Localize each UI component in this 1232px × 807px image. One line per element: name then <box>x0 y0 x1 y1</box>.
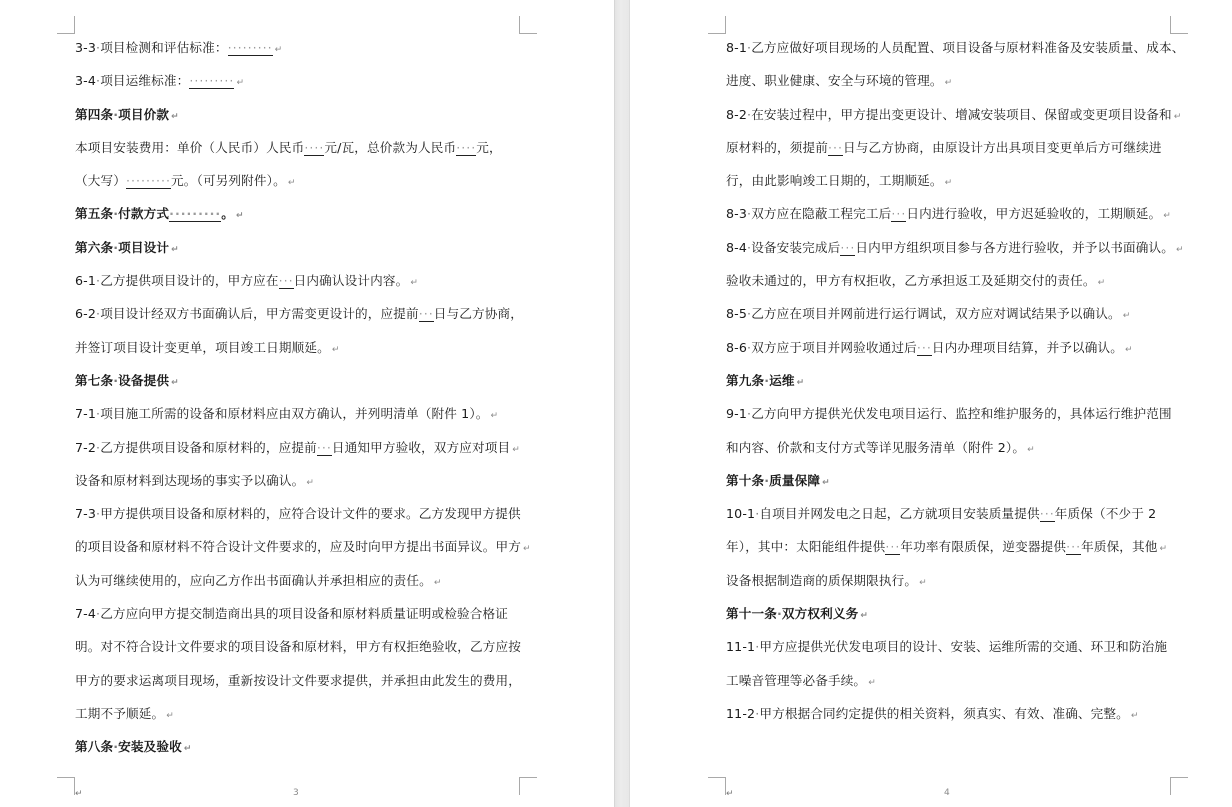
page-corner-mark-top-right <box>519 16 537 34</box>
text-segment: 双方应在隐蔽工程完工后 <box>751 206 891 221</box>
page-separator <box>614 0 630 807</box>
text-segment: 设备和原材料到达现场的事实予以确认。 <box>75 473 304 488</box>
blank-field[interactable]: ··· <box>828 141 843 156</box>
text-segment: 甲方根据合同约定提供的相关资料，须真实、有效、准确、完整。 <box>759 706 1129 721</box>
clause-number: 6-2 <box>75 306 96 321</box>
blank-field[interactable]: ··· <box>885 540 900 555</box>
paragraph-mark-icon: ↵ <box>491 411 499 421</box>
paragraph-mark-icon: ↵ <box>523 544 531 554</box>
text-segment: 付款方式 <box>118 206 169 221</box>
clause-line: 8-1·乙方应做好项目现场的人员配置、项目设备与原材料准备及安装质量、成本、 <box>726 37 1186 70</box>
page-corner-mark-bottom-left <box>708 777 726 795</box>
section-number: 第五条 <box>75 206 113 221</box>
text-segment: 元， <box>476 140 502 155</box>
blank-field[interactable]: ········· <box>126 174 171 189</box>
text-line: 设备根据制造商的质保期限执行。↵ <box>726 570 1186 603</box>
clause-line: 3-4·项目运维标准：·········↵ <box>75 70 525 103</box>
text-segment: 甲方应提供光伏发电项目的设计、安装、运维所需的交通、环卫和防治施 <box>759 639 1167 654</box>
paragraph-mark-icon: ↵ <box>275 45 283 55</box>
clause-number: 8-2 <box>726 107 747 122</box>
text-segment: 双方权利义务 <box>782 606 858 621</box>
section-heading: 第九条·运维↵ <box>726 370 1186 403</box>
text-segment: 元/瓦，总价款为人民币 <box>324 140 456 155</box>
text-segment: 项目设计经双方书面确认后，甲方需变更设计的，应提前 <box>100 306 419 321</box>
section-heading: 第五条·付款方式·········。↵ <box>75 203 525 236</box>
text-segment: 双方应于项目并网验收通过后 <box>751 340 917 355</box>
clause-line: 7-3·甲方提供项目设备和原材料的，应符合设计文件的要求。乙方发现甲方提供 <box>75 503 525 536</box>
paragraph-mark-icon: ↵ <box>166 711 174 721</box>
blank-field[interactable]: ··· <box>317 441 332 456</box>
text-segment: 和内容、价款和支付方式等详见服务清单（附件 2）。 <box>726 440 1025 455</box>
text-segment: 项目施工所需的设备和原材料应由双方确认，并列明清单（附件 1）。 <box>100 406 488 421</box>
text-segment: 项目设计 <box>118 240 169 255</box>
text-segment: 甲方的要求运离项目现场，重新按设计文件要求提供，并承担由此发生的费用， <box>75 673 521 688</box>
text-segment: 设备提供 <box>118 373 169 388</box>
section-number: 第十条 <box>726 473 764 488</box>
clause-number: 8-3 <box>726 206 747 221</box>
section-number: 第十一条 <box>726 606 777 621</box>
document-page-4: 8-1·乙方应做好项目现场的人员配置、项目设备与原材料准备及安装质量、成本、进度… <box>630 0 1232 807</box>
paragraph-mark-icon: ↵ <box>1160 544 1168 554</box>
text-line: 年），其中：太阳能组件提供···年功率有限质保，逆变器提供···年质保，其他↵ <box>726 536 1186 569</box>
blank-field[interactable]: ··· <box>419 307 434 322</box>
text-segment: 项目检测和评估标准： <box>100 40 227 55</box>
page-body[interactable]: 8-1·乙方应做好项目现场的人员配置、项目设备与原材料准备及安装质量、成本、进度… <box>726 37 1186 736</box>
text-line: 工噪音管理等必备手续。↵ <box>726 670 1186 703</box>
clause-number: 3-4 <box>75 73 96 88</box>
clause-number: 7-4 <box>75 606 96 621</box>
text-segment: 自项目并网发电之日起，乙方就项目安装质量提供 <box>759 506 1039 521</box>
text-segment: 验收未通过的，甲方有权拒收，乙方承担返工及延期交付的责任。 <box>726 273 1096 288</box>
text-segment: 设备安装完成后 <box>751 240 840 255</box>
section-number: 第四条 <box>75 107 113 122</box>
paragraph-mark-icon: ↵ <box>1027 445 1035 455</box>
text-segment: 质量保障 <box>769 473 820 488</box>
text-line: 验收未通过的，甲方有权拒收，乙方承担返工及延期交付的责任。↵ <box>726 270 1186 303</box>
clause-line: 8-2·在安装过程中，甲方提出变更设计、增减安装项目、保留或变更项目设备和↵ <box>726 104 1186 137</box>
clause-number: 7-2 <box>75 440 96 455</box>
text-segment: 日内甲方组织项目参与各方进行验收，并予以书面确认。 <box>855 240 1174 255</box>
text-segment: 日与乙方协商，由原设计方出具项目变更单后方可继续进 <box>843 140 1162 155</box>
text-segment: 项目运维标准： <box>100 73 189 88</box>
text-segment: 年质保，其他 <box>1081 539 1157 554</box>
text-segment: 设备根据制造商的质保期限执行。 <box>726 573 917 588</box>
paragraph-mark-icon: ↵ <box>512 445 520 455</box>
clause-line: 11-2·甲方根据合同约定提供的相关资料，须真实、有效、准确、完整。↵ <box>726 703 1186 736</box>
clause-number: 7-3 <box>75 506 96 521</box>
paragraph-mark-icon: ↵ <box>332 345 340 355</box>
clause-line: 11-1·甲方应提供光伏发电项目的设计、安装、运维所需的交通、环卫和防治施 <box>726 636 1186 669</box>
page-corner-mark-bottom-left <box>57 777 75 795</box>
clause-line: 9-1·乙方向甲方提供光伏发电项目运行、监控和维护服务的，具体运行维护范围 <box>726 403 1186 436</box>
text-line: 设备和原材料到达现场的事实予以确认。↵ <box>75 470 525 503</box>
paragraph-mark-icon: ↵ <box>1174 112 1182 122</box>
text-segment: 并签订项目设计变更单，项目竣工日期顺延。 <box>75 340 330 355</box>
text-line: 并签订项目设计变更单，项目竣工日期顺延。↵ <box>75 337 525 370</box>
clause-number: 8-4 <box>726 240 747 255</box>
paragraph-mark-icon: ↵ <box>171 378 179 388</box>
footer-paragraph-mark: ↵ <box>75 789 83 799</box>
blank-field[interactable]: ··· <box>891 207 906 222</box>
blank-field[interactable]: ········· <box>228 41 273 56</box>
blank-field[interactable]: ··· <box>917 341 932 356</box>
blank-field[interactable]: ···· <box>304 141 324 156</box>
text-segment: （大写） <box>75 173 126 188</box>
paragraph-mark-icon: ↵ <box>306 478 314 488</box>
clause-line: 6-2·项目设计经双方书面确认后，甲方需变更设计的，应提前···日与乙方协商， <box>75 303 525 336</box>
paragraph-mark-icon: ↵ <box>868 678 876 688</box>
clause-line: 10-1·自项目并网发电之日起，乙方就项目安装质量提供···年质保（不少于 2 <box>726 503 1186 536</box>
clause-line: 6-1·乙方提供项目设计的，甲方应在···日内确认设计内容。↵ <box>75 270 525 303</box>
clause-number: 7-1 <box>75 406 96 421</box>
section-number: 第九条 <box>726 373 764 388</box>
clause-line: 8-6·双方应于项目并网验收通过后···日内办理项目结算，并予以确认。↵ <box>726 337 1186 370</box>
text-segment: 运维 <box>769 373 795 388</box>
paragraph-mark-icon: ↵ <box>919 578 927 588</box>
text-segment: 甲方提供项目设备和原材料的，应符合设计文件的要求。乙方发现甲方提供 <box>100 506 521 521</box>
blank-field[interactable]: ··· <box>1040 507 1055 522</box>
section-number: 第六条 <box>75 240 113 255</box>
section-heading: 第十一条·双方权利义务↵ <box>726 603 1186 636</box>
clause-line: 8-4·设备安装完成后···日内甲方组织项目参与各方进行验收，并予以书面确认。↵ <box>726 237 1186 270</box>
paragraph-mark-icon: ↵ <box>1176 245 1184 255</box>
clause-number: 9-1 <box>726 406 747 421</box>
text-line: 明。对不符合设计文件要求的项目设备和原材料，甲方有权拒绝验收，乙方应按 <box>75 636 525 669</box>
page-corner-mark-bottom-right <box>1170 777 1188 795</box>
clause-line: 8-3·双方应在隐蔽工程完工后···日内进行验收，甲方迟延验收的，工期顺延。↵ <box>726 203 1186 236</box>
paragraph-mark-icon: ↵ <box>184 744 192 754</box>
clause-line: 7-1·项目施工所需的设备和原材料应由双方确认，并列明清单（附件 1）。↵ <box>75 403 525 436</box>
footer-paragraph-mark: ↵ <box>726 789 734 799</box>
paragraph-mark-icon: ↵ <box>171 245 179 255</box>
page-corner-mark-top-left <box>708 16 726 34</box>
clause-number: 11-1 <box>726 639 755 654</box>
text-segment: 年功率有限质保，逆变器提供 <box>900 539 1066 554</box>
text-line: 的项目设备和原材料不符合设计文件要求的，应及时向甲方提出书面异议。甲方↵ <box>75 536 525 569</box>
clause-number: 8-1 <box>726 40 747 55</box>
text-segment: 工期不予顺延。 <box>75 706 164 721</box>
clause-line: 3-3·项目检测和评估标准：·········↵ <box>75 37 525 70</box>
text-segment: 日通知甲方验收，双方应对项目 <box>332 440 510 455</box>
text-segment: 行，由此影响竣工日期的，工期顺延。 <box>726 173 943 188</box>
document-page-3: 3-3·项目检测和评估标准：·········↵3-4·项目运维标准：·····… <box>0 0 614 807</box>
text-line: 甲方的要求运离项目现场，重新按设计文件要求提供，并承担由此发生的费用， <box>75 670 525 703</box>
paragraph-mark-icon: ↵ <box>945 178 953 188</box>
paragraph-mark-icon: ↵ <box>1131 711 1139 721</box>
paragraph-mark-icon: ↵ <box>236 211 244 221</box>
text-segment: 的项目设备和原材料不符合设计文件要求的，应及时向甲方提出书面异议。甲方 <box>75 539 521 554</box>
paragraph-mark-icon: ↵ <box>945 78 953 88</box>
page-corner-mark-top-left <box>57 16 75 34</box>
blank-field[interactable]: ··· <box>840 241 855 256</box>
clause-number: 6-1 <box>75 273 96 288</box>
text-segment: 元。（可另列附件）。 <box>171 173 286 188</box>
section-number: 第七条 <box>75 373 113 388</box>
text-line: 认为可继续使用的，应向乙方作出书面确认并承担相应的责任。↵ <box>75 570 525 603</box>
blank-field[interactable]: ········· <box>169 207 221 222</box>
clause-line: 7-2·乙方提供项目设备和原材料的，应提前···日通知甲方验收，双方应对项目↵ <box>75 437 525 470</box>
paragraph-mark-icon: ↵ <box>236 78 244 88</box>
clause-number: 3-3 <box>75 40 96 55</box>
section-heading: 第六条·项目设计↵ <box>75 237 525 270</box>
paragraph-mark-icon: ↵ <box>1098 278 1106 288</box>
paragraph-mark-icon: ↵ <box>410 278 418 288</box>
paragraph-mark-icon: ↵ <box>171 112 179 122</box>
page-number: 3 <box>293 788 299 798</box>
clause-number: 8-6 <box>726 340 747 355</box>
text-segment: 乙方应在项目并网前进行运行调试，双方应对调试结果予以确认。 <box>751 306 1121 321</box>
text-line: 和内容、价款和支付方式等详见服务清单（附件 2）。↵ <box>726 437 1186 470</box>
text-segment: 日内办理项目结算，并予以确认。 <box>932 340 1123 355</box>
page-corner-mark-top-right <box>1170 16 1188 34</box>
text-segment: 工噪音管理等必备手续。 <box>726 673 866 688</box>
text-segment: 乙方应做好项目现场的人员配置、项目设备与原材料准备及安装质量、成本、 <box>751 40 1184 55</box>
text-segment: 安装及验收 <box>118 739 182 754</box>
text-segment: 日内进行验收，甲方迟延验收的，工期顺延。 <box>906 206 1161 221</box>
page-number: 4 <box>944 788 950 798</box>
paragraph-mark-icon: ↵ <box>860 611 868 621</box>
paragraph-mark-icon: ↵ <box>1125 345 1133 355</box>
paragraph-mark-icon: ↵ <box>797 378 805 388</box>
text-line: 行，由此影响竣工日期的，工期顺延。↵ <box>726 170 1186 203</box>
text-segment: 乙方向甲方提供光伏发电项目运行、监控和维护服务的，具体运行维护范围 <box>751 406 1172 421</box>
section-heading: 第十条·质量保障↵ <box>726 470 1186 503</box>
text-segment: 乙方提供项目设备和原材料的，应提前 <box>100 440 317 455</box>
text-line: 本项目安装费用：单价（人民币）人民币····元/瓦，总价款为人民币····元， <box>75 137 525 170</box>
text-segment: 在安装过程中，甲方提出变更设计、增减安装项目、保留或变更项目设备和 <box>751 107 1172 122</box>
text-segment: 乙方提供项目设计的，甲方应在 <box>100 273 278 288</box>
clause-line: 8-5·乙方应在项目并网前进行运行调试，双方应对调试结果予以确认。↵ <box>726 303 1186 336</box>
blank-field[interactable]: ···· <box>456 141 476 156</box>
text-line: 工期不予顺延。↵ <box>75 703 525 736</box>
text-segment: 年），其中：太阳能组件提供 <box>726 539 885 554</box>
text-segment: 。 <box>221 206 234 221</box>
section-heading: 第四条·项目价款↵ <box>75 104 525 137</box>
text-segment: 乙方应向甲方提交制造商出具的项目设备和原材料质量证明或检验合格证 <box>100 606 508 621</box>
text-segment: 原材料的，须提前 <box>726 140 828 155</box>
clause-line: 7-4·乙方应向甲方提交制造商出具的项目设备和原材料质量证明或检验合格证 <box>75 603 525 636</box>
blank-field[interactable]: ········· <box>189 74 234 89</box>
text-line: （大写）·········元。（可另列附件）。↵ <box>75 170 525 203</box>
text-segment: 年质保（不少于 2 <box>1055 506 1157 521</box>
text-segment: 日与乙方协商， <box>434 306 523 321</box>
text-segment: 进度、职业健康、安全与环境的管理。 <box>726 73 943 88</box>
page-corner-mark-bottom-right <box>519 777 537 795</box>
paragraph-mark-icon: ↵ <box>1123 311 1131 321</box>
text-segment: 本项目安装费用：单价（人民币）人民币 <box>75 140 304 155</box>
page-body[interactable]: 3-3·项目检测和评估标准：·········↵3-4·项目运维标准：·····… <box>75 37 525 770</box>
blank-field[interactable]: ··· <box>1066 540 1081 555</box>
text-line: 原材料的，须提前···日与乙方协商，由原设计方出具项目变更单后方可继续进 <box>726 137 1186 170</box>
text-line: 进度、职业健康、安全与环境的管理。↵ <box>726 70 1186 103</box>
text-segment: 项目价款 <box>118 107 169 122</box>
blank-field[interactable]: ··· <box>279 274 294 289</box>
section-heading: 第七条·设备提供↵ <box>75 370 525 403</box>
section-number: 第八条 <box>75 739 113 754</box>
paragraph-mark-icon: ↵ <box>1163 211 1171 221</box>
section-heading: 第八条·安装及验收↵ <box>75 736 525 769</box>
text-segment: 日内确认设计内容。 <box>294 273 409 288</box>
text-segment: 明。对不符合设计文件要求的项目设备和原材料，甲方有权拒绝验收，乙方应按 <box>75 639 521 654</box>
text-segment: 认为可继续使用的，应向乙方作出书面确认并承担相应的责任。 <box>75 573 432 588</box>
paragraph-mark-icon: ↵ <box>288 178 296 188</box>
paragraph-mark-icon: ↵ <box>434 578 442 588</box>
clause-number: 10-1 <box>726 506 755 521</box>
paragraph-mark-icon: ↵ <box>822 478 830 488</box>
clause-number: 8-5 <box>726 306 747 321</box>
clause-number: 11-2 <box>726 706 755 721</box>
